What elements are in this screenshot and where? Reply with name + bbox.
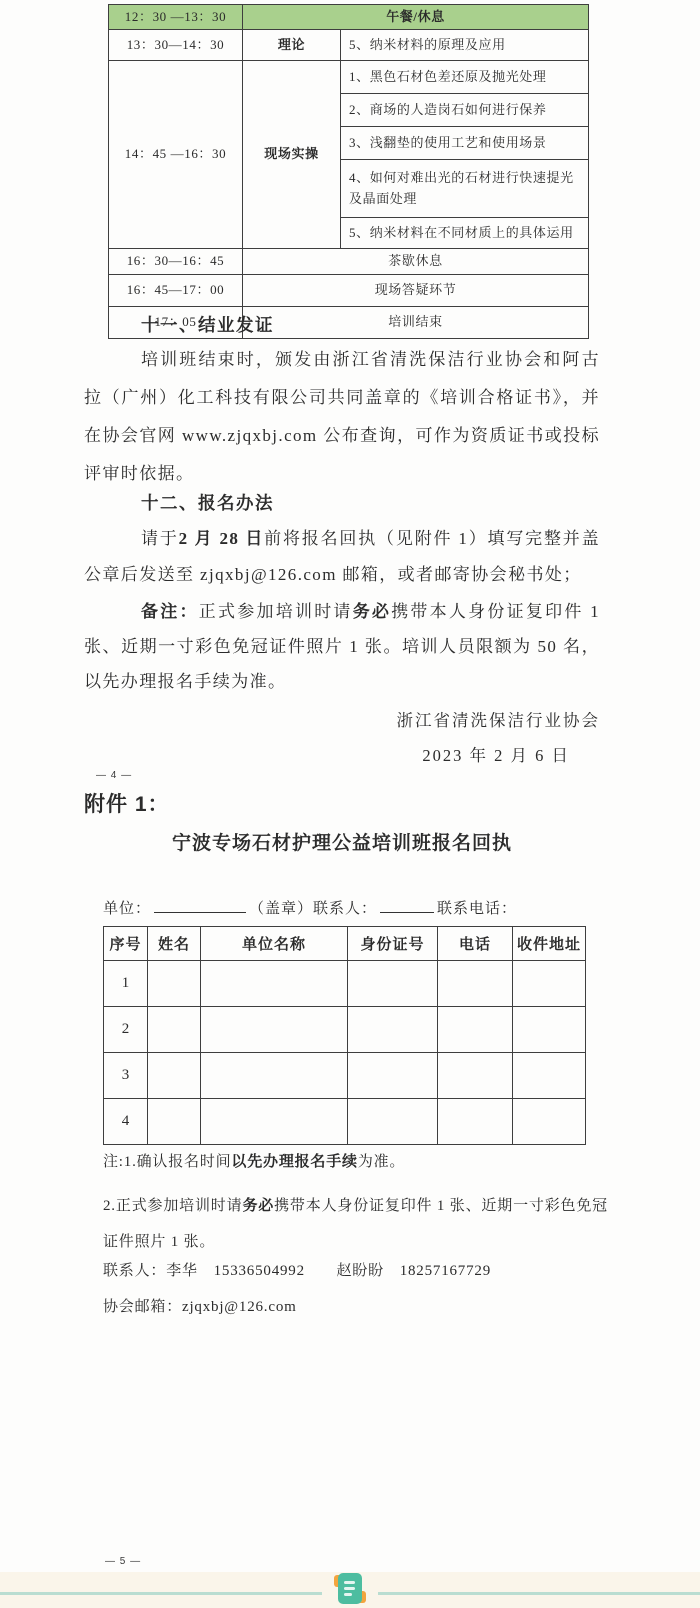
form-header-row: 序号 姓名 单位名称 身份证号 电话 收件地址 [104, 927, 586, 961]
empty-cell [148, 1099, 201, 1145]
scroll-document-icon [332, 1572, 368, 1606]
signature-org: 浙江省清洗保洁行业协会 [84, 707, 600, 731]
must-bold: 务必 [242, 1198, 274, 1214]
seal-contact-label: （盖章）联系人： [249, 901, 377, 917]
empty-cell [348, 1007, 438, 1053]
empty-cell [513, 1099, 586, 1145]
time-cell: 13：30—14：30 [109, 30, 243, 61]
signature-date: 2023 年 2 月 6 日 [84, 742, 600, 766]
row-number-cell: 3 [104, 1053, 148, 1099]
text-run: 为准。 [358, 1154, 405, 1170]
remark-label-bold: 备注： [141, 602, 199, 621]
form-row: 2 [104, 1007, 586, 1053]
contact-persons-line: 联系人：李华 15336504992 赵盼盼 18257167729 [103, 1259, 608, 1280]
page-number-4: — 4 — [96, 770, 132, 781]
row-number-cell: 2 [104, 1007, 148, 1053]
document-page: 12：30 —13：30 午餐/休息 13：30—14：30 理论 5、纳米材料… [0, 0, 700, 1608]
empty-cell [348, 961, 438, 1007]
empty-cell [438, 961, 513, 1007]
topic-cell: 5、纳米材料的原理及应用 [341, 30, 589, 61]
col-header-index: 序号 [104, 927, 148, 961]
col-header-company: 单位名称 [201, 927, 348, 961]
empty-cell [438, 1053, 513, 1099]
type-cell: 现场实操 [243, 61, 341, 249]
activity-cell: 茶歇休息 [243, 249, 589, 275]
empty-cell [148, 1053, 201, 1099]
row-number-cell: 4 [104, 1099, 148, 1145]
empty-cell [201, 1099, 348, 1145]
footer-divider-right [378, 1592, 700, 1595]
topic-cell: 4、如何对难出光的石材进行快速提光及晶面处理 [341, 160, 589, 218]
schedule-row-qa: 16：45—17：00 现场答疑环节 [109, 275, 589, 307]
text-run: 2.正式参加培训时请 [103, 1198, 242, 1214]
empty-cell [513, 961, 586, 1007]
empty-cell [201, 1007, 348, 1053]
schedule-table: 12：30 —13：30 午餐/休息 13：30—14：30 理论 5、纳米材料… [108, 4, 589, 339]
section-11-paragraph: 培训班结束时，颁发由浙江省清洗保洁行业协会和阿古拉（广州）化工科技有限公司共同盖… [84, 341, 600, 493]
time-cell: 14：45 —16：30 [109, 61, 243, 249]
time-cell: 16：45—17：00 [109, 275, 243, 307]
form-row: 1 [104, 961, 586, 1007]
section-12-paragraph-1: 请于2 月 28 日前将报名回执（见附件 1）填写完整并盖公章后发送至 zjqx… [84, 521, 600, 593]
registration-form-table: 序号 姓名 单位名称 身份证号 电话 收件地址 1 2 3 4 [103, 926, 586, 1145]
priority-bold: 以先办理报名手续 [231, 1154, 357, 1170]
empty-cell [348, 1099, 438, 1145]
phone-label: 联系电话： [437, 901, 517, 917]
empty-cell [438, 1099, 513, 1145]
association-email-line: 协会邮箱：zjqxbj@126.com [103, 1295, 608, 1316]
note-1: 注:1.确认报名时间以先办理报名手续为准。 [103, 1150, 608, 1171]
section-12-remark-paragraph: 备注：正式参加培训时请务必携带本人身份证复印件 1 张、近期一寸彩色免冠证件照片… [84, 594, 600, 699]
topic-cell: 1、黑色石材色差还原及抛光处理 [341, 61, 589, 94]
activity-cell: 午餐/休息 [243, 5, 589, 30]
schedule-row-practice: 14：45 —16：30 现场实操 1、黑色石材色差还原及抛光处理 [109, 61, 589, 94]
deadline-bold: 2 月 28 日 [179, 529, 265, 548]
topic-cell: 3、浅翻垫的使用工艺和使用场景 [341, 127, 589, 160]
time-cell: 16：30—16：45 [109, 249, 243, 275]
section-11-heading: 十一、结业发证 [84, 312, 600, 337]
attachment-label: 附件 1： [84, 788, 170, 818]
time-cell: 12：30 —13：30 [109, 5, 243, 30]
form-row: 4 [104, 1099, 586, 1145]
topic-cell: 2、商场的人造岗石如何进行保养 [341, 94, 589, 127]
schedule-row-lunch: 12：30 —13：30 午餐/休息 [109, 5, 589, 30]
empty-cell [201, 961, 348, 1007]
activity-cell: 现场答疑环节 [243, 275, 589, 307]
col-header-address: 收件地址 [513, 927, 586, 961]
section-12-heading: 十二、报名办法 [84, 490, 600, 515]
text-run: 正式参加培训时请 [199, 602, 353, 621]
unit-label: 单位： [103, 901, 151, 917]
empty-cell [438, 1007, 513, 1053]
empty-cell [348, 1053, 438, 1099]
attachment-title: 宁波专场石材护理公益培训班报名回执 [84, 828, 600, 855]
empty-cell [201, 1053, 348, 1099]
text-run: 注:1.确认报名时间 [103, 1154, 231, 1170]
contact-blank-line [380, 898, 434, 913]
col-header-name: 姓名 [148, 927, 201, 961]
note-2: 2.正式参加培训时请务必携带本人身份证复印件 1 张、近期一寸彩色免冠证件照片 … [103, 1188, 608, 1260]
schedule-row-teabreak: 16：30—16：45 茶歇休息 [109, 249, 589, 275]
type-cell: 理论 [243, 30, 341, 61]
topic-cell: 5、纳米材料在不同材质上的具体运用 [341, 218, 589, 249]
empty-cell [513, 1053, 586, 1099]
empty-cell [148, 961, 201, 1007]
col-header-phone: 电话 [438, 927, 513, 961]
col-header-id: 身份证号 [348, 927, 438, 961]
empty-cell [148, 1007, 201, 1053]
must-bold: 务必 [353, 602, 392, 621]
text-run: 请于 [141, 529, 179, 548]
unit-seal-line: 单位：（盖章）联系人：联系电话： [103, 897, 603, 918]
footer-divider-left [0, 1592, 322, 1595]
schedule-row-theory: 13：30—14：30 理论 5、纳米材料的原理及应用 [109, 30, 589, 61]
form-row: 3 [104, 1053, 586, 1099]
page-number-5: — 5 — [105, 1556, 141, 1567]
row-number-cell: 1 [104, 961, 148, 1007]
empty-cell [513, 1007, 586, 1053]
unit-blank-line [154, 898, 246, 913]
